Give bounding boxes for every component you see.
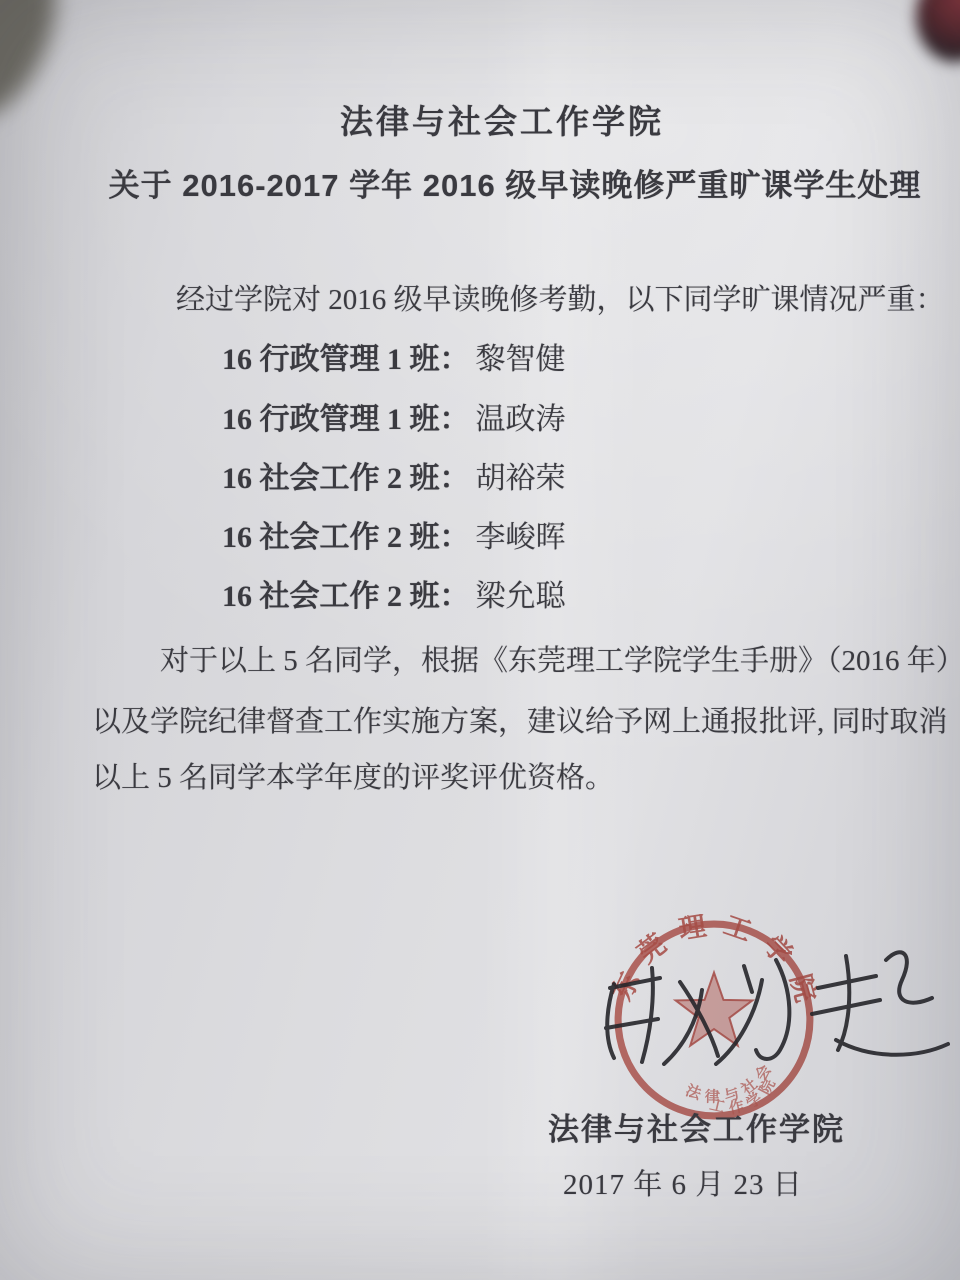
decision-paragraph-line: 以及学院纪律督查工作实施方案，建议给予网上通报批评, 同时取消 (92, 699, 948, 740)
handwritten-signature (580, 938, 960, 1093)
student-class-label: 16 行政管理 1 班： (222, 343, 470, 376)
student-class-label: 16 社会工作 2 班： (222, 580, 470, 613)
student-list-item: 16 社会工作 2 班：李峻晖 (222, 512, 566, 556)
document-photo: 法律与社会工作学院 关于 2016-2017 学年 2016 级早读晚修严重旷课… (0, 0, 960, 1280)
student-name: 温政涛 (470, 403, 566, 436)
student-list-item: 16 行政管理 1 班：黎智健 (222, 334, 566, 378)
corner-object-top-right (916, 0, 960, 62)
signature-stroke (886, 952, 932, 1002)
signing-department: 法律与社会工作学院 (548, 1104, 845, 1149)
signature-stroke (836, 1040, 948, 1055)
decision-paragraph-line: 以上 5 名同学本学年度的评奖评优资格。 (92, 755, 614, 796)
student-name: 梁允聪 (470, 580, 566, 613)
student-class-label: 16 社会工作 2 班： (222, 521, 470, 554)
document-title: 法律与社会工作学院 (22, 96, 960, 143)
student-name: 李峻晖 (470, 521, 566, 554)
document-subtitle: 关于 2016-2017 学年 2016 级早读晚修严重旷课学生处理 (35, 160, 960, 205)
signing-date: 2017 年 6 月 23 日 (563, 1162, 803, 1203)
signature-stroke (607, 984, 614, 1058)
student-class-label: 16 社会工作 2 班： (222, 462, 470, 495)
student-name: 黎智健 (470, 343, 566, 376)
signature-stroke (838, 956, 849, 1050)
signature-stroke (812, 1000, 880, 1014)
signature-stroke (664, 990, 702, 1064)
intro-paragraph: 经过学院对 2016 级早读晚修考勤，以下同学旷课情况严重： (176, 277, 945, 318)
signature-stroke (744, 966, 752, 992)
signature-stroke (680, 982, 718, 1056)
student-class-label: 16 行政管理 1 班： (222, 403, 470, 436)
student-name: 胡裕荣 (470, 462, 566, 495)
decision-paragraph-line: 对于以上 5 名同学，根据《东莞理工学院学生手册》（2016 年） (160, 638, 960, 679)
student-list-item: 16 行政管理 1 班：温政涛 (222, 394, 566, 438)
student-list-item: 16 社会工作 2 班：梁允聪 (222, 571, 566, 615)
signature-stroke (756, 960, 789, 1059)
student-list-item: 16 社会工作 2 班：胡裕荣 (222, 453, 566, 497)
